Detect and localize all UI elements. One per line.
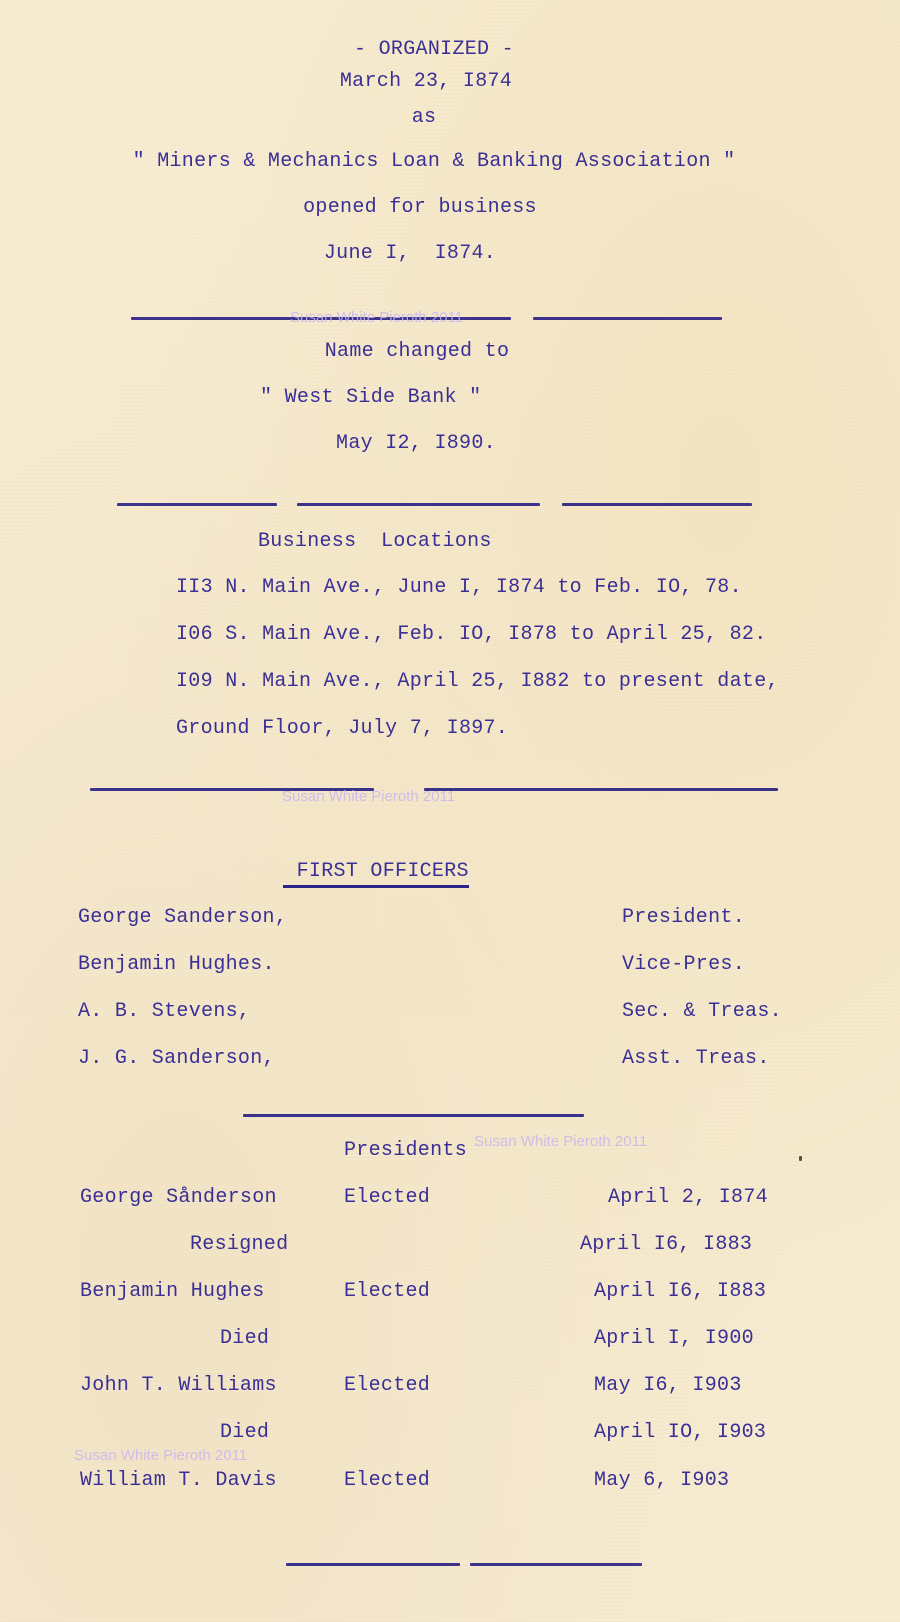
- president-event: Died: [220, 1327, 269, 1351]
- officer-title: Asst. Treas.: [622, 1047, 770, 1071]
- officer-name: J. G. Sanderson,: [78, 1047, 275, 1071]
- officer-title: Vice-Pres.: [622, 953, 745, 977]
- location-item: I06 S. Main Ave., Feb. IO, I878 to April…: [176, 623, 767, 647]
- president-event: Elected: [344, 1469, 430, 1493]
- new-bank-name: " West Side Bank ": [260, 386, 481, 410]
- president-name: William T. Davis: [80, 1469, 277, 1493]
- president-date: May I6, I903: [594, 1374, 742, 1398]
- divider-rule: [297, 503, 540, 506]
- divider-rule: [424, 788, 778, 791]
- president-date: April I6, I883: [594, 1280, 766, 1304]
- name-change-label: Name changed to: [325, 340, 510, 364]
- divider-rule: [470, 1563, 642, 1566]
- locations-title: Business Locations: [258, 530, 492, 554]
- original-bank-name: " Miners & Mechanics Loan & Banking Asso…: [133, 150, 736, 174]
- president-date: April I6, I883: [580, 1233, 752, 1257]
- organized-label: - ORGANIZED -: [354, 38, 514, 62]
- officer-title: President.: [622, 906, 745, 930]
- as-label: as: [412, 106, 437, 130]
- president-event: Elected: [344, 1186, 430, 1210]
- president-event: Resigned: [190, 1233, 288, 1257]
- president-name: Benjamin Hughes: [80, 1280, 265, 1304]
- first-officers-title-text: FIRST OFFICERS: [283, 860, 469, 888]
- officer-name: A. B. Stevens,: [78, 1000, 250, 1024]
- president-name: John T. Williams: [80, 1374, 277, 1398]
- divider-rule: [243, 1114, 584, 1117]
- divider-rule: [562, 503, 752, 506]
- officer-title: Sec. & Treas.: [622, 1000, 782, 1024]
- watermark: Susan White Pieroth 2011: [290, 309, 463, 326]
- president-date: April I, I900: [594, 1327, 754, 1351]
- opened-label: opened for business: [303, 196, 537, 220]
- location-item: II3 N. Main Ave., June I, I874 to Feb. I…: [176, 576, 742, 600]
- divider-rule: [533, 317, 722, 320]
- organized-date: March 23, I874: [340, 70, 512, 94]
- divider-rule: [117, 503, 277, 506]
- location-item: Ground Floor, July 7, I897.: [176, 717, 508, 741]
- paper-speck: [799, 1156, 802, 1161]
- president-date: April 2, I874: [608, 1186, 768, 1210]
- officer-name: George Sanderson,: [78, 906, 287, 930]
- watermark: Susan White Pieroth 2011: [282, 788, 455, 805]
- location-item: I09 N. Main Ave., April 25, I882 to pres…: [176, 670, 779, 694]
- president-event: Elected: [344, 1280, 430, 1304]
- divider-rule: [286, 1563, 460, 1566]
- president-date: May 6, I903: [594, 1469, 729, 1493]
- president-event: Elected: [344, 1374, 430, 1398]
- officer-name: Benjamin Hughes.: [78, 953, 275, 977]
- first-officers-title: FIRST OFFICERS: [258, 836, 469, 884]
- watermark: Susan White Pieroth 2011: [74, 1447, 247, 1464]
- watermark: Susan White Pieroth 2011: [474, 1133, 647, 1150]
- president-date: April IO, I903: [594, 1421, 766, 1445]
- president-name: George Sånderson: [80, 1186, 277, 1210]
- president-event: Died: [220, 1421, 269, 1445]
- name-change-date: May I2, I890.: [336, 432, 496, 456]
- presidents-title: Presidents: [344, 1139, 467, 1163]
- opened-date: June I, I874.: [324, 242, 496, 266]
